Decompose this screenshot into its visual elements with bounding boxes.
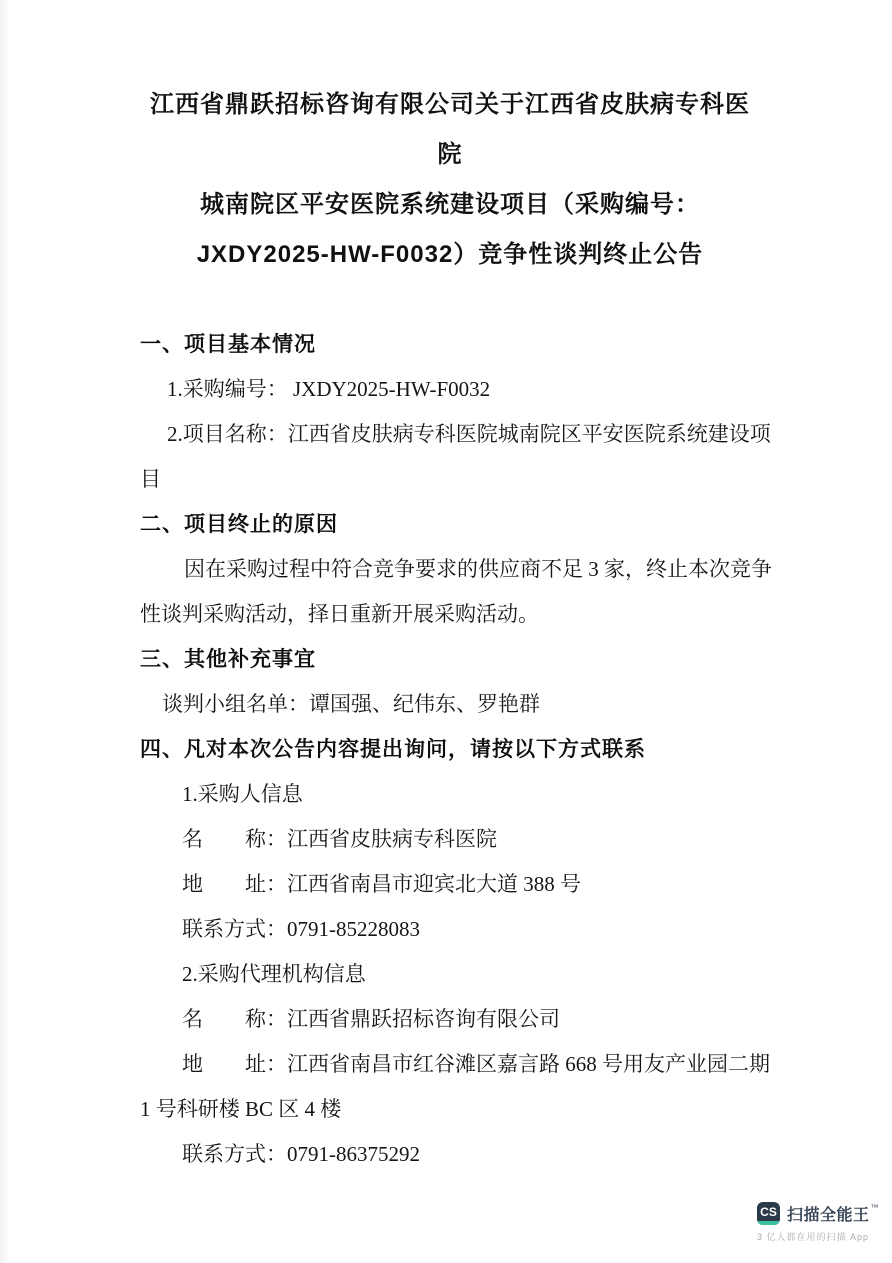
project-name-line: 2.项目名称：江西省皮肤病专科医院城南院区平安医院系统建设项 (140, 412, 760, 457)
trademark-symbol: ™ (871, 1203, 879, 1212)
agency-address-wrap-line: 1 号科研楼 BC 区 4 楼 (140, 1087, 760, 1132)
agency-contact-line: 联系方式：0791-86375292 (140, 1132, 760, 1177)
document-title-line: JXDY2025-HW-F0032）竞争性谈判终止公告 (140, 230, 760, 280)
section-heading-2: 二、项目终止的原因 (140, 502, 760, 547)
purchaser-info-heading: 1.采购人信息 (140, 772, 760, 817)
procurement-number-line: 1.采购编号： JXDY2025-HW-F0032 (140, 367, 760, 412)
section-heading-3: 三、其他补充事宜 (140, 637, 760, 682)
purchaser-name-line: 名 称：江西省皮肤病专科医院 (140, 817, 760, 862)
agency-info-heading: 2.采购代理机构信息 (140, 952, 760, 997)
purchaser-address-line: 地 址：江西省南昌市迎宾北大道 388 号 (140, 862, 760, 907)
termination-reason-line: 因在采购过程中符合竞争要求的供应商不足 3 家，终止本次竞争 (140, 547, 760, 592)
camscanner-app-name: 扫描全能王 (787, 1202, 870, 1225)
camscanner-icon-initials: CS (760, 1206, 777, 1218)
agency-address-line: 地 址：江西省南昌市红谷滩区嘉言路 668 号用友产业园二期 (140, 1042, 760, 1087)
negotiation-team-line: 谈判小组名单：谭国强、纪伟东、罗艳群 (140, 682, 760, 727)
camscanner-logo-row: CS 扫描全能王 ™ (757, 1202, 879, 1225)
agency-name-line: 名 称：江西省鼎跃招标咨询有限公司 (140, 997, 760, 1042)
section-heading-4: 四、凡对本次公告内容提出询问，请按以下方式联系 (140, 727, 760, 772)
scan-edge-shadow (0, 0, 10, 1263)
document-content: 江西省鼎跃招标咨询有限公司关于江西省皮肤病专科医院 城南院区平安医院系统建设项目… (140, 0, 760, 1177)
scanned-document-page: 江西省鼎跃招标咨询有限公司关于江西省皮肤病专科医院 城南院区平安医院系统建设项目… (0, 0, 892, 1263)
camscanner-tagline: 3 亿人都在用的扫描 App (757, 1230, 879, 1243)
document-body: 一、项目基本情况 1.采购编号： JXDY2025-HW-F0032 2.项目名… (140, 322, 760, 1177)
purchaser-contact-line: 联系方式：0791-85228083 (140, 907, 760, 952)
document-title: 江西省鼎跃招标咨询有限公司关于江西省皮肤病专科医院 城南院区平安医院系统建设项目… (140, 0, 760, 280)
camscanner-icon: CS (757, 1202, 780, 1225)
camscanner-watermark: CS 扫描全能王 ™ 3 亿人都在用的扫描 App (757, 1202, 879, 1243)
termination-reason-wrap-line: 性谈判采购活动，择日重新开展采购活动。 (140, 592, 760, 637)
section-heading-1: 一、项目基本情况 (140, 322, 760, 367)
document-title-line: 城南院区平安医院系统建设项目（采购编号： (140, 180, 760, 230)
project-name-wrap-line: 目 (140, 457, 760, 502)
document-title-line: 江西省鼎跃招标咨询有限公司关于江西省皮肤病专科医院 (140, 80, 760, 180)
